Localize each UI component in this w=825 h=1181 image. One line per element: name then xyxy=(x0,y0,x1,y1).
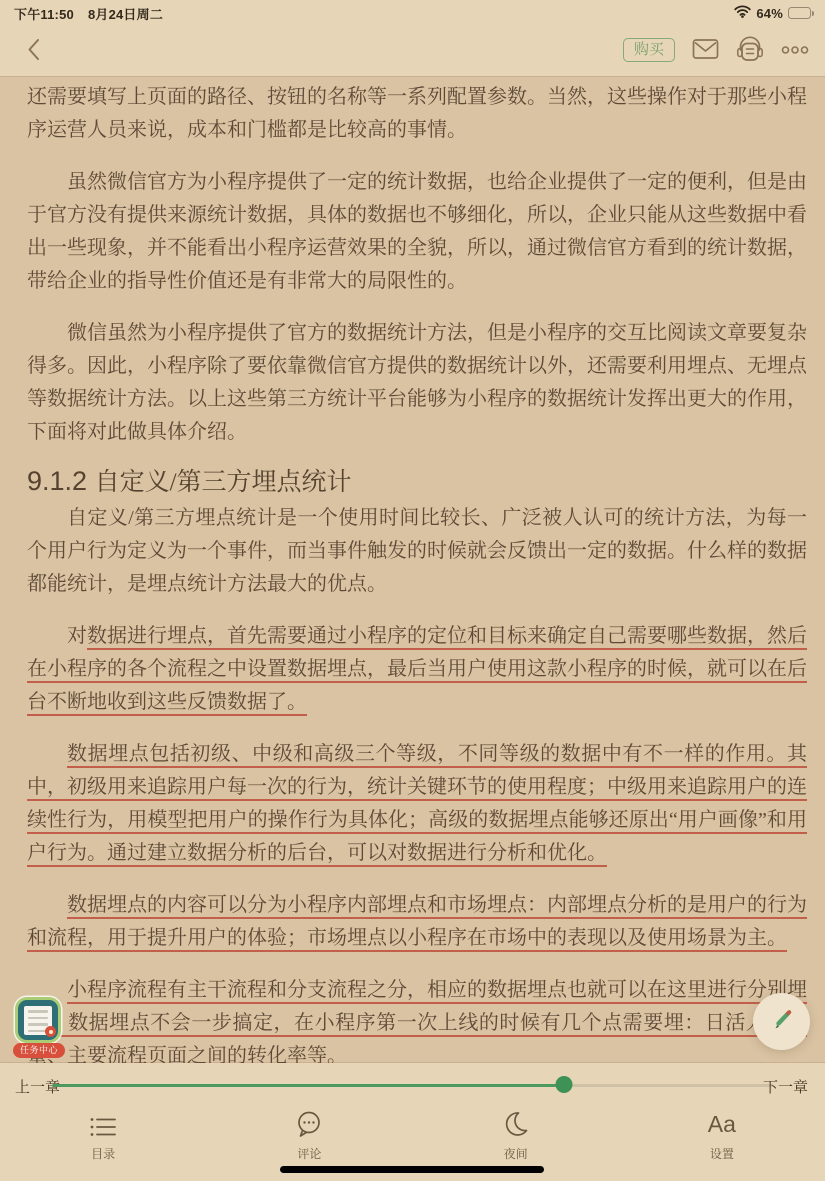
body-text: 微信虽然为小程序提供了官方的数据统计方法，但是小程序的交互比阅读文章要复杂得多。… xyxy=(27,322,807,443)
progress-slider[interactable] xyxy=(52,1076,773,1093)
contents-list-icon xyxy=(90,1111,116,1138)
nav-actions: 购买 xyxy=(623,32,809,68)
status-date: 8月24日周二 xyxy=(88,4,163,23)
top-bar: 下午11:50 8月24日周二 64% xyxy=(0,0,825,76)
paragraph: 数据埋点包括初级、中级和高级三个等级，不同等级的数据中有不一样的作用。其中，初级… xyxy=(27,738,807,870)
reader-page: 下午11:50 8月24日周二 64% xyxy=(0,0,825,1181)
font-settings-icon: Aa xyxy=(708,1111,736,1138)
status-left: 下午11:50 8月24日周二 xyxy=(14,4,163,23)
body-text: 虽然微信官方为小程序提供了一定的统计数据，也给企业提供了一定的便利，但是由于官方… xyxy=(27,171,807,292)
toolbar-settings[interactable]: Aa 设置 xyxy=(619,1107,825,1165)
section-heading: 9.1.2 自定义/第三方埋点统计 xyxy=(27,462,807,502)
toolbar-label: 评论 xyxy=(297,1145,321,1162)
underlined-text: 数据埋点包括初级、中级和高级三个等级，不同等级的数据中有不一样的作用。其中，初级… xyxy=(27,743,807,864)
back-chevron-icon xyxy=(27,38,40,64)
buy-button[interactable]: 购买 xyxy=(623,38,675,62)
battery-percent: 64% xyxy=(756,6,783,21)
task-badge-label: 任务中心 xyxy=(13,1043,65,1058)
toolbar-label: 目录 xyxy=(91,1145,115,1162)
toolbar-comments[interactable]: 评论 xyxy=(206,1107,412,1165)
bottom-bar: 上一章 下一章 目录 xyxy=(0,1063,825,1181)
paragraph: 对数据进行埋点，首先需要通过小程序的定位和目标来确定自己需要哪些数据，然后在小程… xyxy=(27,620,807,719)
body-text: 自定义/第三方埋点统计是一个使用时间比较长、广泛被人认可的统计方法，为每一个用户… xyxy=(27,507,807,595)
status-time: 下午11:50 xyxy=(14,4,74,23)
audiobook-icon xyxy=(736,35,764,65)
status-right: 64% xyxy=(734,5,811,21)
pencil-icon xyxy=(769,1007,795,1036)
section-title: 自定义/第三方埋点统计 xyxy=(95,469,352,496)
edit-note-button[interactable] xyxy=(753,993,810,1050)
toolbar-contents[interactable]: 目录 xyxy=(0,1107,206,1165)
toolbar-night-mode[interactable]: 夜间 xyxy=(413,1107,619,1165)
section-number: 9.1.2 xyxy=(27,466,95,496)
chapter-progress-row: 上一章 下一章 xyxy=(0,1063,825,1107)
more-button[interactable] xyxy=(781,43,809,58)
paragraph: 数据埋点的内容可以分为小程序内部埋点和市场埋点：内部埋点分析的是用户的行为和流程… xyxy=(27,889,807,955)
toolbar-label: 夜间 xyxy=(504,1145,528,1162)
moon-icon xyxy=(504,1111,528,1138)
reader-toolbar: 目录 评论 xyxy=(0,1107,825,1165)
nav-bar: 购买 xyxy=(0,24,825,76)
slider-thumb[interactable] xyxy=(555,1076,572,1093)
body-text: 对 xyxy=(67,625,87,647)
next-chapter-button[interactable]: 下一章 xyxy=(763,1076,808,1097)
status-bar: 下午11:50 8月24日周二 64% xyxy=(0,0,825,24)
wifi-icon xyxy=(734,5,751,21)
battery-icon xyxy=(788,7,811,19)
paragraph: 自定义/第三方埋点统计是一个使用时间比较长、广泛被人认可的统计方法，为每一个用户… xyxy=(27,502,807,601)
mail-button[interactable] xyxy=(692,38,719,63)
task-badge-rosette-icon xyxy=(45,1026,56,1037)
comment-bubble-icon xyxy=(295,1111,323,1138)
more-icon xyxy=(781,43,809,58)
underlined-text: 数据进行埋点，首先需要通过小程序的定位和目标来确定自己需要哪些数据，然后在小程序… xyxy=(27,625,807,713)
toolbar-label: 设置 xyxy=(710,1145,734,1162)
paragraph: 小程序流程有主干流程和分支流程之分，相应的数据埋点也就可以在这里进行分别埋点。数… xyxy=(27,974,807,1063)
mail-icon xyxy=(692,38,719,63)
audiobook-button[interactable] xyxy=(736,35,764,65)
task-center-badge[interactable]: 任务中心 xyxy=(13,997,65,1058)
paragraph: 微信虽然为小程序提供了官方的数据统计方法，但是小程序的交互比阅读文章要复杂得多。… xyxy=(27,317,807,449)
underlined-text: 小程序流程有主干流程和分支流程之分，相应的数据埋点也就可以在这里进行分别埋点。数… xyxy=(27,979,807,1063)
back-button[interactable] xyxy=(18,36,48,66)
paragraph: 虽然微信官方为小程序提供了一定的统计数据，也给企业提供了一定的便利，但是由于官方… xyxy=(27,166,807,298)
task-badge-sticker-icon xyxy=(15,997,61,1043)
reader-content: 还需要填写上页面的路径、按钮的名称等一系列配置参数。当然，这些操作对于那些小程序… xyxy=(0,76,825,1063)
body-text: 还需要填写上页面的路径、按钮的名称等一系列配置参数。当然，这些操作对于那些小程序… xyxy=(27,86,807,141)
slider-fill xyxy=(52,1084,564,1087)
home-indicator[interactable] xyxy=(280,1166,544,1173)
paragraph: 还需要填写上页面的路径、按钮的名称等一系列配置参数。当然，这些操作对于那些小程序… xyxy=(27,81,807,147)
underlined-text: 数据埋点的内容可以分为小程序内部埋点和市场埋点：内部埋点分析的是用户的行为和流程… xyxy=(27,894,807,949)
